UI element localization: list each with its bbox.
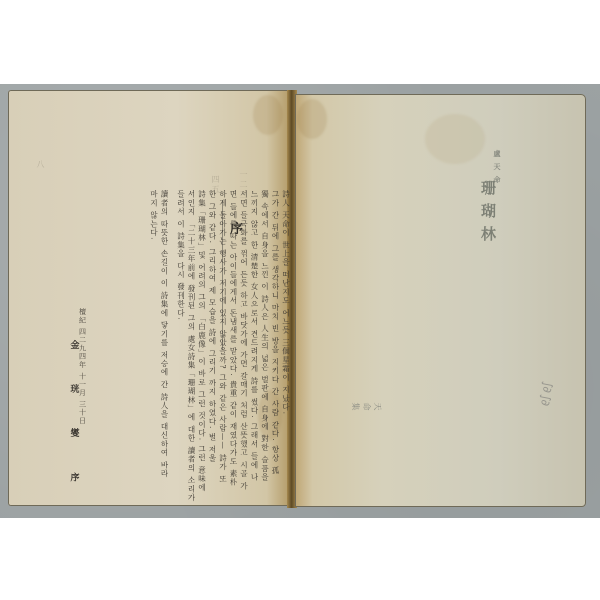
preface-signature: 金 珖 燮 序 bbox=[68, 340, 79, 497]
preface-column: 느끼지 않고 한 清楚한 女人으로서 견드려지게 詩를 썼다. 그래서 들에 나 bbox=[249, 190, 260, 450]
book-title: 珊瑚林 bbox=[478, 180, 499, 249]
preface-column: 면 들에를 따는 아이들에게서 돈냄새를 맡았다. 貴重 같이 재였다가도 素朴 bbox=[228, 190, 239, 450]
publisher-mark: 天命集 bbox=[349, 401, 382, 412]
preface-column: 讀者의 따뜻한 손길이 이 詩集에 닿기를 저승에 간 詩人을 대신하여 바라 bbox=[159, 190, 170, 450]
preface-column: 詩人 天命이 世上을 떠난지도 어느듯 三個星霜이 지났다. bbox=[280, 190, 291, 450]
preface-column: 마지 않는다. bbox=[148, 190, 159, 450]
preface-body: 詩人 天命이 世上을 떠난지도 어느듯 三個星霜이 지났다. 그가 간 뒤에 그… bbox=[148, 190, 291, 450]
preface-column: 하게 돌아가는 행사가 저기에 있지 않았을까? 그와 같은 사람—— 詩가 또 bbox=[217, 190, 228, 450]
preface-column: 서면 들국화를 꺾어 든듯 하고 바닷가에 가면 갈매기 처럼 산뜻했고 시골 … bbox=[238, 190, 249, 450]
water-stain bbox=[425, 114, 485, 164]
preface-column: 詩集「珊瑚林」및 어려의 그의 「白鹿像」이 바로 그런 것이다. 그런 意味에 bbox=[196, 190, 207, 450]
bleed-through-text: 八 bbox=[35, 160, 46, 170]
water-stain bbox=[297, 99, 327, 139]
water-stain bbox=[253, 95, 283, 135]
preface-column: 그가 간 뒤에 그를 생각하니 마치 빈 방을 지키다 간 사람 같다. 항상 … bbox=[270, 190, 281, 450]
preface-column: 들려서 이 詩集을 다시 發刊한다. bbox=[175, 190, 186, 450]
preface-column: 서인지 「二十三年前에 發刊된 그의 處女詩集「珊瑚林」에 대한 讀者의 소리가 bbox=[186, 190, 197, 450]
preface-column: 한 그와 같다. 그리하여 제 모습을 詩에 그리기 까지 하였다. 벌 저울 bbox=[207, 190, 218, 450]
preface-column: 獨 속에서 自身을 느낀 이 詩人은 人生의 넓은 벌판에 自身에 對한 슬픔을 bbox=[259, 190, 270, 450]
